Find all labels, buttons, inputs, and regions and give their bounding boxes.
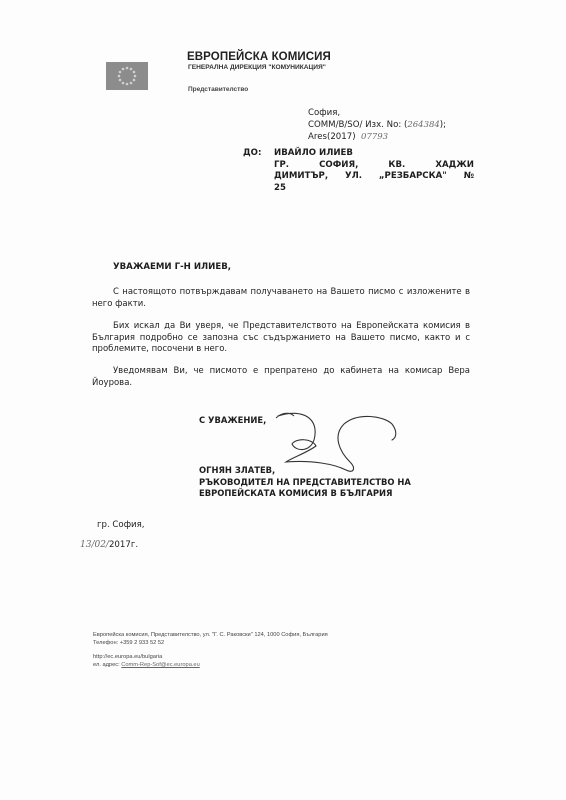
signer-organization: ЕВРОПЕЙСКАТА КОМИСИЯ В БЪЛГАРИЯ <box>199 488 411 500</box>
eu-flag-icon <box>106 62 148 90</box>
footer-phone: Телефон: +359 2 933 52 52 <box>93 640 328 648</box>
salutation: УВАЖАЕМИ Г-Н ИЛИЕВ, <box>113 262 231 272</box>
email-link[interactable]: Comm-Rep-Sof@ec.europa.eu <box>121 662 199 668</box>
directorate-name: ГЕНЕРАЛНА ДИРЕКЦИЯ "КОМУНИКАЦИЯ" <box>188 64 326 71</box>
signer-title: РЪКОВОДИТЕЛ НА ПРЕДСТАВИТЕЛСТВО НА <box>199 477 411 489</box>
addressee-line-2: ГР. СОФИЯ, КВ. ХАДЖИ <box>274 160 474 172</box>
body-paragraph: С настоящото потвърждавам получаването н… <box>92 287 470 310</box>
organization-name: ЕВРОПЕЙСКА КОМИСИЯ <box>187 51 331 63</box>
place: гр. София, <box>97 520 145 530</box>
footer-email-row: ел. адрес: Comm-Rep-Sof@ec.europa.eu <box>93 662 328 670</box>
body-paragraph: Бих искал да Ви уверя, че Представителст… <box>92 321 470 356</box>
signer-name: ОГНЯН ЗЛАТЕВ, <box>199 465 411 477</box>
signer-block: ОГНЯН ЗЛАТЕВ, РЪКОВОДИТЕЛ НА ПРЕДСТАВИТЕ… <box>199 465 411 500</box>
closing-greeting: С УВАЖЕНИЕ, <box>199 415 266 425</box>
reference-number: COMM/B/SO/ Изх. No: (264384); <box>308 119 446 131</box>
addressee-block: ДО: ИВАЙЛО ИЛИЕВ ГР. СОФИЯ, КВ. ХАДЖИ ДИ… <box>274 148 474 194</box>
unit-name: Представителство <box>188 86 248 93</box>
addressee-name: ИВАЙЛО ИЛИЕВ <box>274 148 474 160</box>
body-paragraph: Уведомявам Ви, че писмото е препратено д… <box>92 366 470 389</box>
addressee-line-4: 25 <box>274 183 474 195</box>
footer: Европейска комисия, Представителство, ул… <box>93 632 328 669</box>
footer-address: Европейска комисия, Представителство, ул… <box>93 632 328 640</box>
handwritten-ares-number: 07793 <box>361 132 388 142</box>
footer-website[interactable]: http://ec.europa.eu/bulgaria <box>93 654 328 662</box>
date: 13/02/2017г. <box>80 540 138 550</box>
handwritten-date: 13/02/ <box>80 540 109 550</box>
reference-block: София, COMM/B/SO/ Изх. No: (264384); Are… <box>308 107 446 143</box>
addressee-label: ДО: <box>243 148 261 160</box>
addressee-line-3: ДИМИТЪР, УЛ. „РЕЗБАРСКА" № <box>274 171 474 183</box>
ares-number: Ares(2017) 07793 <box>308 131 446 143</box>
handwritten-ref-number: 264384 <box>407 120 439 130</box>
reference-city: София, <box>308 107 446 119</box>
email-label: ел. адрес: <box>93 662 120 668</box>
